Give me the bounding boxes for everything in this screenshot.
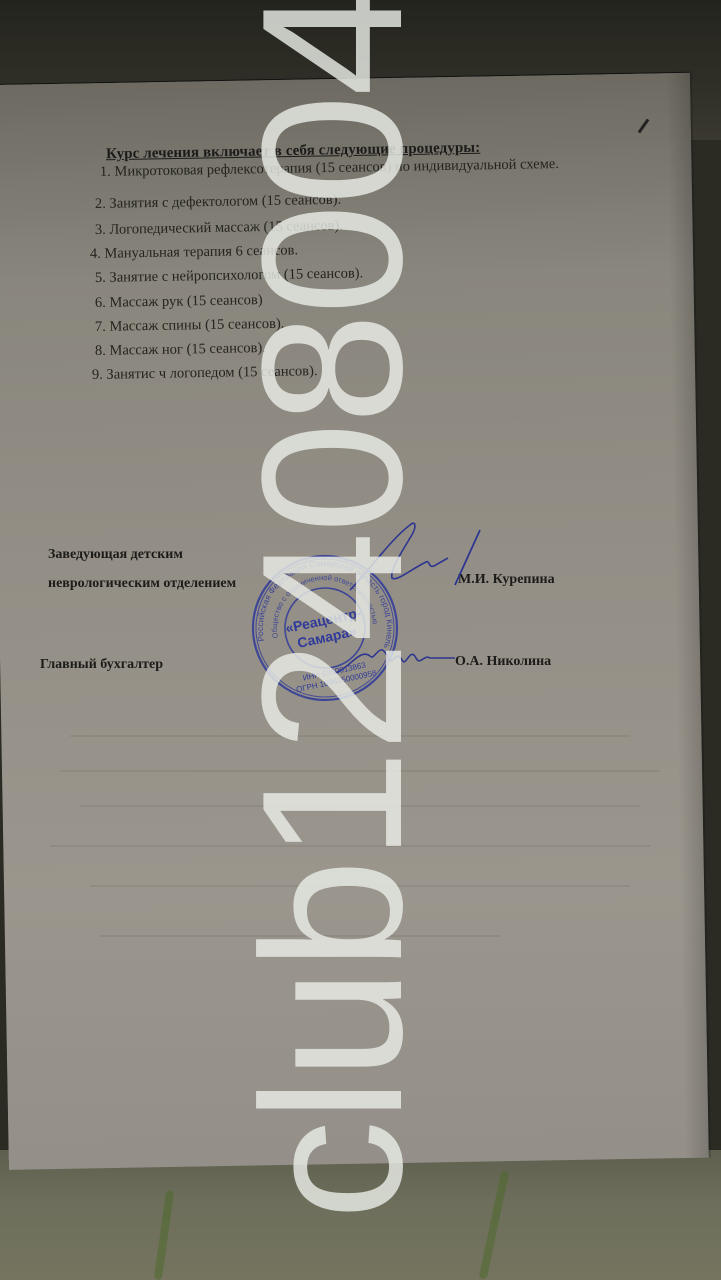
- signatory-title: Заведующая детским: [48, 547, 183, 563]
- signatory-name: О.А. Николина: [455, 654, 551, 670]
- watermark-text: club124080044: [233, 0, 433, 1220]
- signatory-title: неврологическим отделением: [48, 576, 236, 592]
- signatory-title: Главный бухгалтер: [40, 657, 163, 673]
